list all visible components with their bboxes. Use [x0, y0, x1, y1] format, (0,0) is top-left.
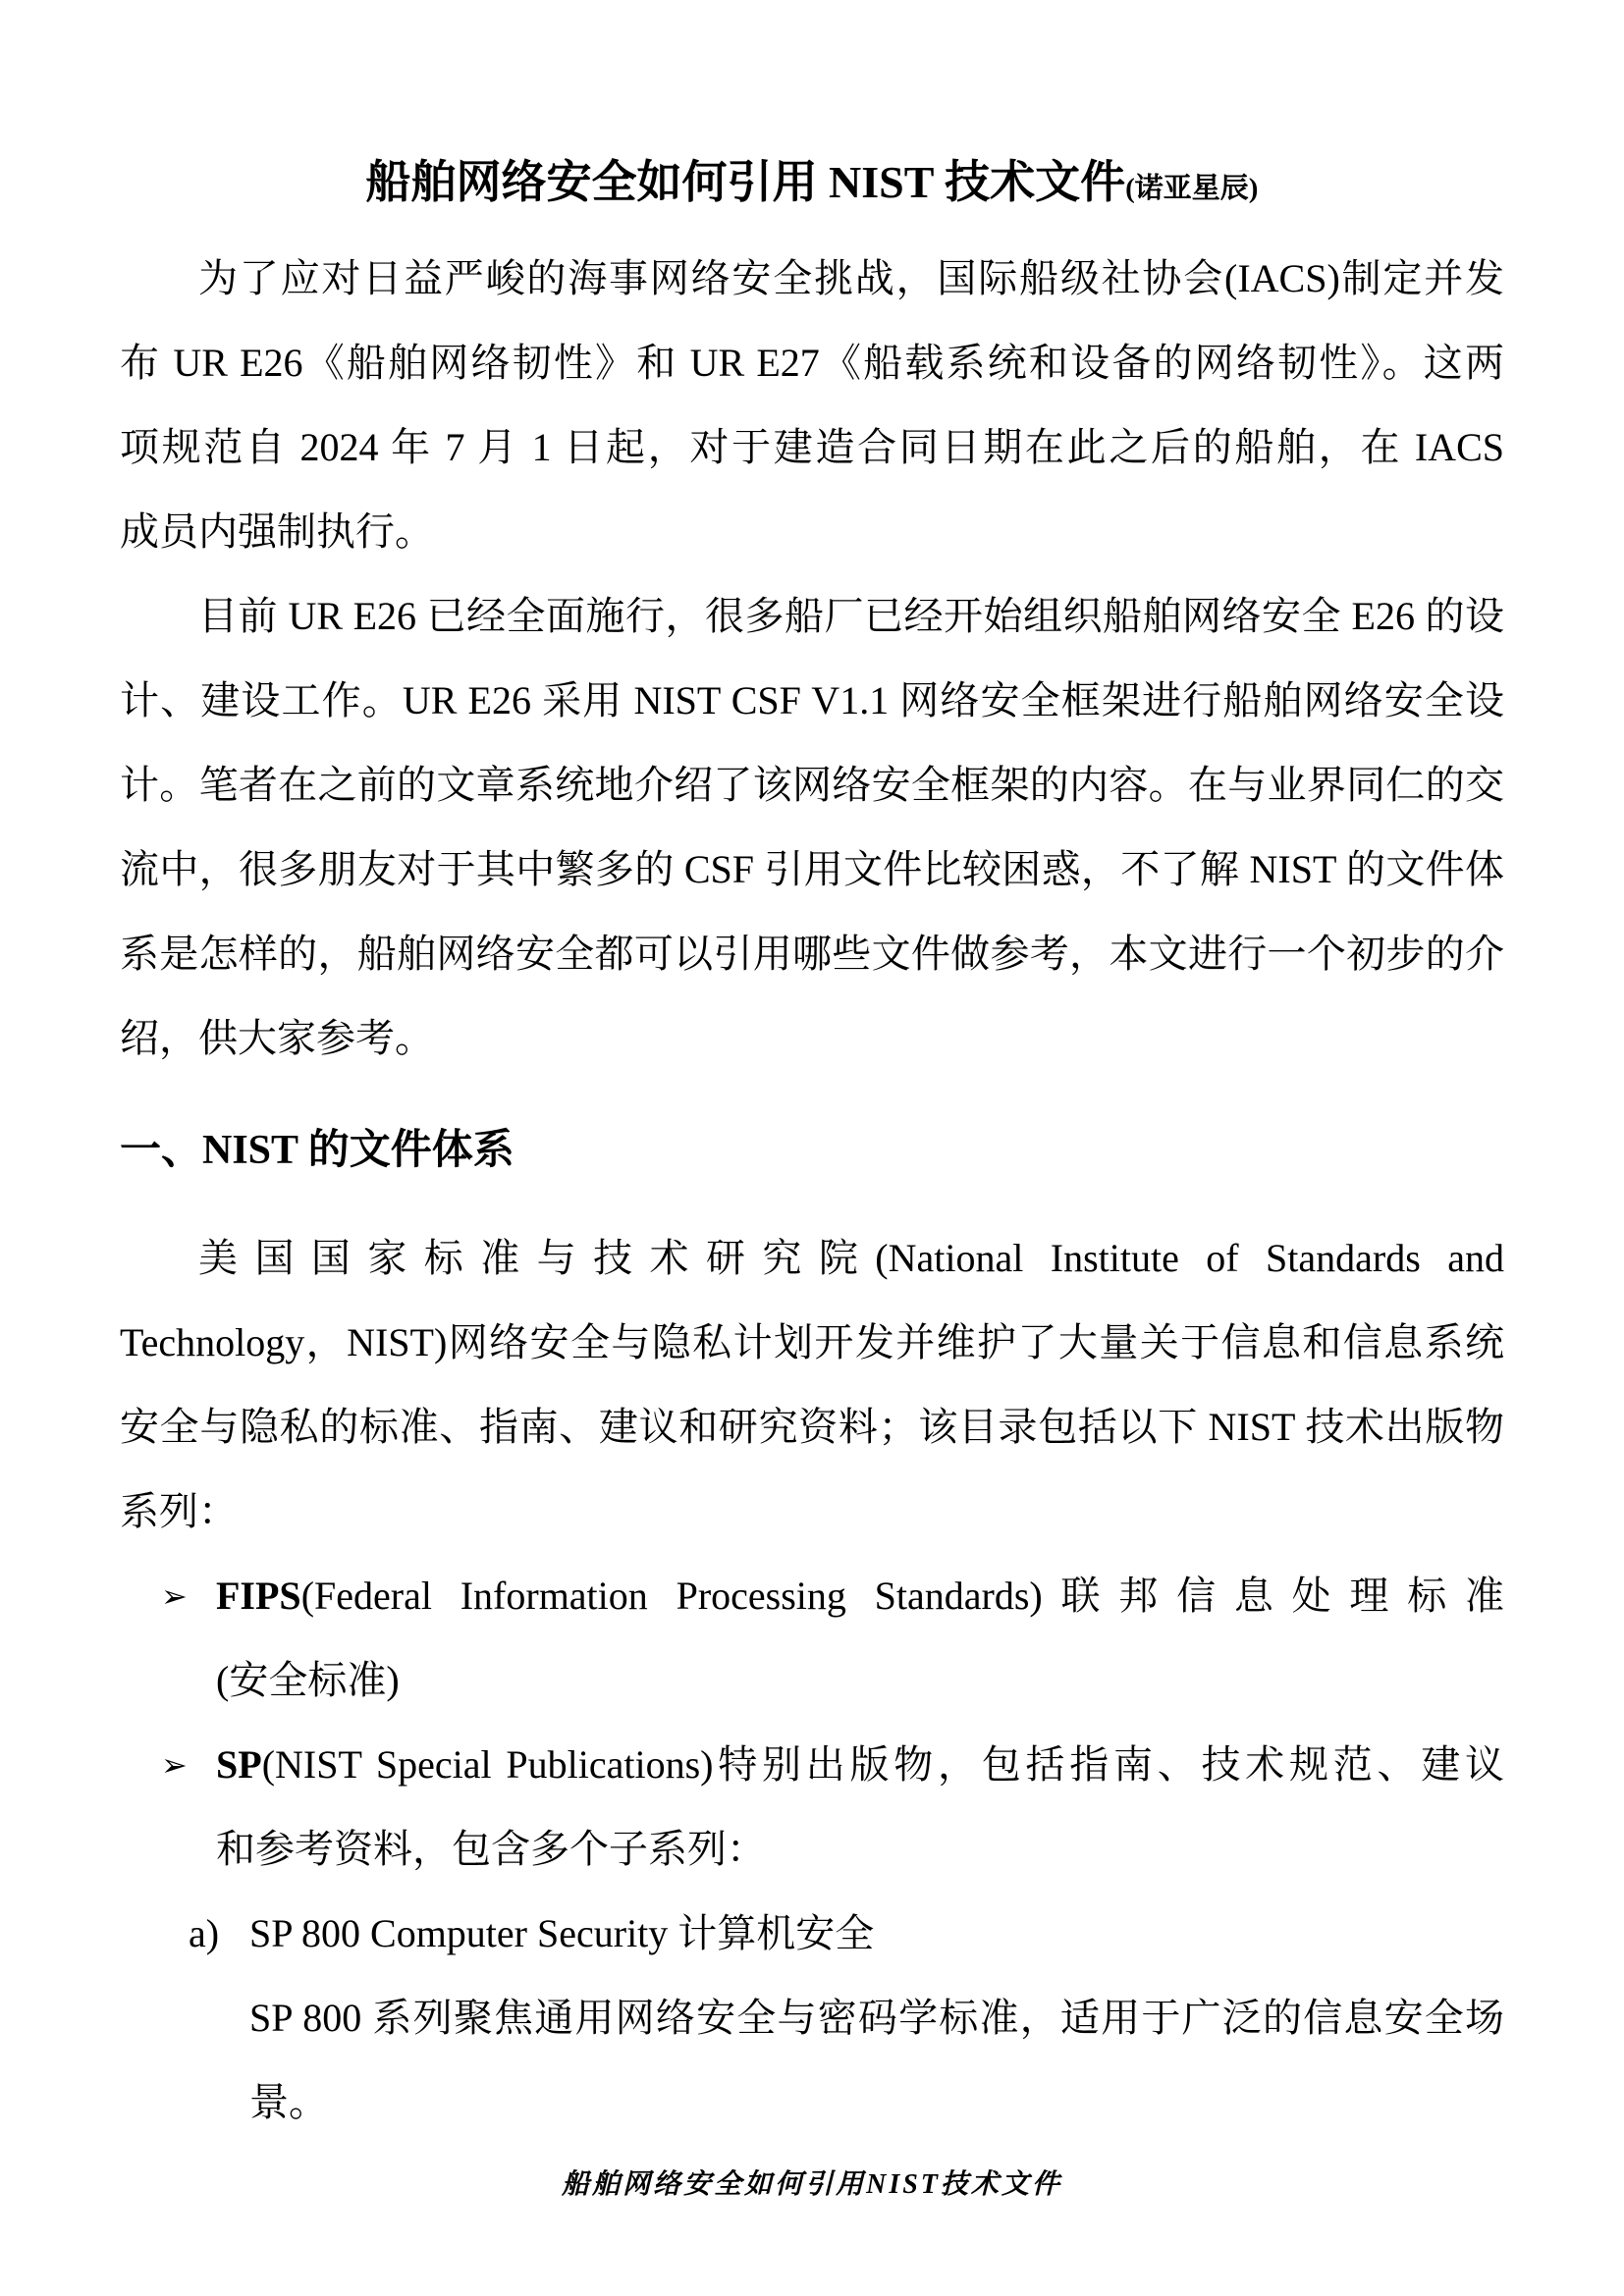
paragraph-line: 流中，很多朋友对于其中繁多的 CSF 引用文件比较困惑，不了解 NIST 的文件… [120, 828, 1504, 912]
paragraph-line: 美国国家标准与技术研究院(National Institute of Stand… [120, 1216, 1504, 1301]
document-body: 船舶网络安全如何引用 NIST 技术文件(诺亚星辰) 为了应对日益严峻的海事网络… [120, 145, 1504, 2145]
bullet-text: (NIST Special Publications)特别出版物，包括指南、技术… [262, 1742, 1504, 1787]
paragraph-line: 项规范自 2024 年 7 月 1 日起，对于建造合同日期在此之后的船舶，在 I… [120, 405, 1504, 490]
bullet-term: FIPS [216, 1574, 301, 1618]
paragraph-line: 安全与隐私的标准、指南、建议和研究资料；该目录包括以下 NIST 技术出版物 [120, 1385, 1504, 1469]
paragraph-line: 计。笔者在之前的文章系统地介绍了该网络安全框架的内容。在与业界同仁的交 [120, 743, 1504, 828]
page-footer: 船舶网络安全如何引用NIST技术文件 [0, 2162, 1624, 2209]
arrow-bullet-icon: ➢ [161, 1723, 188, 1807]
document-title-main: 船舶网络安全如何引用 NIST 技术文件 [366, 157, 1126, 207]
paragraph-line: 目前 UR E26 已经全面施行，很多船厂已经开始组织船舶网络安全 E26 的设 [120, 574, 1504, 659]
bullet-line: 和参考资料，包含多个子系列： [120, 1807, 1504, 1892]
bullet-line: ➢SP(NIST Special Publications)特别出版物，包括指南… [120, 1723, 1504, 1807]
paragraph-line: 计、建设工作。UR E26 采用 NIST CSF V1.1 网络安全框架进行船… [120, 659, 1504, 743]
paragraph-3: 美国国家标准与技术研究院(National Institute of Stand… [120, 1216, 1504, 1554]
document-title: 船舶网络安全如何引用 NIST 技术文件(诺亚星辰) [120, 145, 1504, 219]
bullet-line: (安全标准) [120, 1638, 1504, 1723]
paragraph-line: 系是怎样的，船舶网络安全都可以引用哪些文件做参考，本文进行一个初步的介 [120, 912, 1504, 996]
paragraph-2: 目前 UR E26 已经全面施行，很多船厂已经开始组织船舶网络安全 E26 的设… [120, 574, 1504, 1081]
paragraph-line: SP 800 系列聚焦通用网络安全与密码学标准，适用于广泛的信息安全场 [120, 1976, 1504, 2060]
list-item-a: a)SP 800 Computer Security 计算机安全 [120, 1892, 1504, 1976]
bullet-item-sp: ➢SP(NIST Special Publications)特别出版物，包括指南… [120, 1723, 1504, 1892]
document-page: 船舶网络安全如何引用 NIST 技术文件(诺亚星辰) 为了应对日益严峻的海事网络… [0, 0, 1624, 2296]
bullet-term: SP [216, 1742, 262, 1787]
paragraph-line: 为了应对日益严峻的海事网络安全挑战，国际船级社协会(IACS)制定并发 [120, 237, 1504, 321]
bullet-text: (Federal Information Processing Standard… [301, 1574, 1504, 1618]
paragraph-sp800: SP 800 系列聚焦通用网络安全与密码学标准，适用于广泛的信息安全场 景。 [120, 1976, 1504, 2145]
list-item-a-marker: a) [189, 1892, 249, 1976]
paragraph-line: 景。 [120, 2060, 1504, 2145]
bullet-item-fips: ➢FIPS(Federal Information Processing Sta… [120, 1554, 1504, 1723]
paragraph-line: 绍，供大家参考。 [120, 996, 1504, 1081]
arrow-bullet-icon: ➢ [161, 1554, 188, 1638]
bullet-line: ➢FIPS(Federal Information Processing Sta… [120, 1554, 1504, 1638]
document-title-author: (诺亚星辰) [1125, 173, 1258, 204]
paragraph-1: 为了应对日益严峻的海事网络安全挑战，国际船级社协会(IACS)制定并发 布 UR… [120, 237, 1504, 574]
paragraph-line: 布 UR E26《船舶网络韧性》和 UR E27《船载系统和设备的网络韧性》。这… [120, 321, 1504, 405]
section-heading-1: 一、NIST 的文件体系 [120, 1108, 1504, 1193]
paragraph-line: 成员内强制执行。 [120, 490, 1504, 574]
paragraph-line: Technology，NIST)网络安全与隐私计划开发并维护了大量关于信息和信息… [120, 1301, 1504, 1385]
list-item-a-text: SP 800 Computer Security 计算机安全 [249, 1911, 874, 1955]
paragraph-line: 系列： [120, 1469, 1504, 1554]
